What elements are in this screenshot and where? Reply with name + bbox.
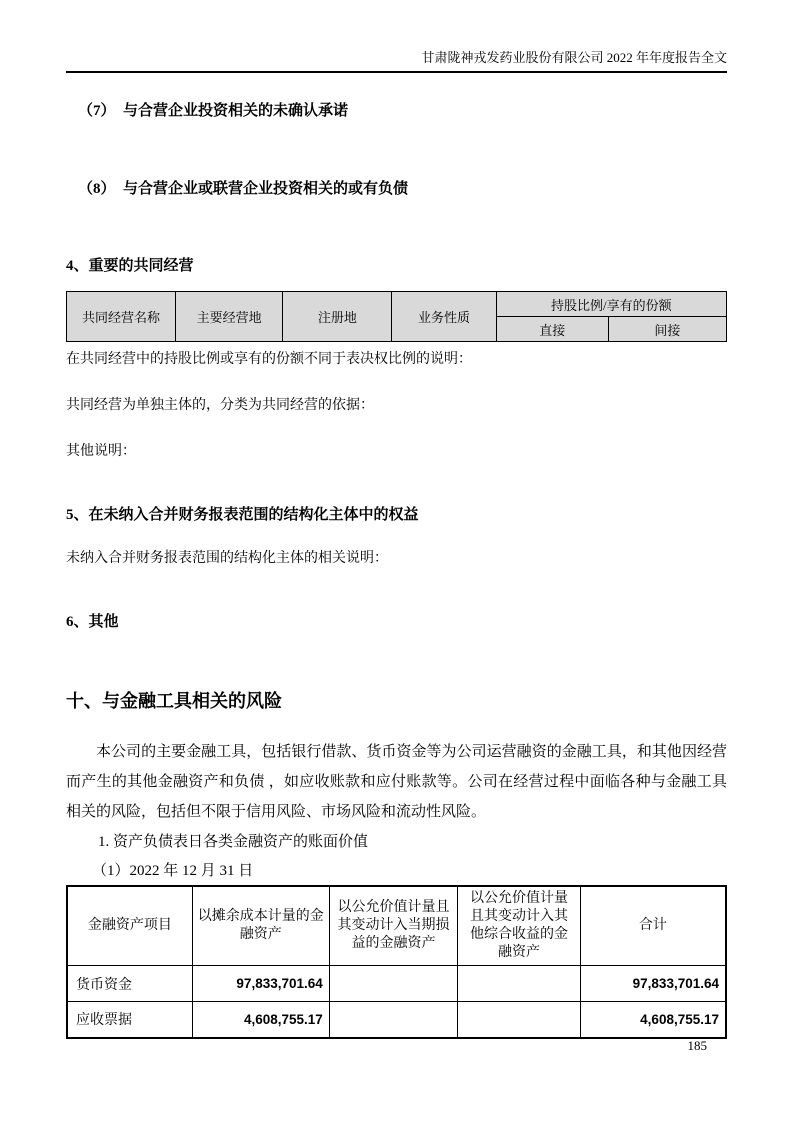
- header-title: 甘肃陇神戎发药业股份有限公司 2022 年年度报告全文: [421, 50, 727, 65]
- cell-fvtpl: [329, 966, 458, 1002]
- cell-fvoci: [458, 966, 581, 1002]
- note-voting-ratio: 在共同经营中的持股比例或享有的份额不同于表决权比例的说明：: [66, 351, 727, 369]
- cell-amortized-cost: 97,833,701.64: [192, 966, 329, 1002]
- heading-8-contingent-liabilities: （8） 与合营企业或联营企业投资相关的或有负债: [66, 179, 727, 199]
- cell-item-name: 货币资金: [67, 966, 192, 1002]
- col-direct: 直接: [496, 317, 608, 342]
- col-joint-operation-name: 共同经营名称: [67, 292, 176, 342]
- table-row-notes-receivable: 应收票据 4,608,755.17 4,608,755.17: [67, 1002, 726, 1038]
- col-business-nature: 业务性质: [392, 292, 496, 342]
- page-number: 185: [688, 1038, 708, 1054]
- note-structured-entity: 未纳入合并财务报表范围的结构化主体的相关说明：: [66, 550, 727, 568]
- cell-total: 97,833,701.64: [580, 966, 726, 1002]
- risk-paragraph: 本公司的主要金融工具，包括银行借款、货币资金等为公司运营融资的金融工具，和其他因…: [66, 737, 727, 827]
- report-page: 甘肃陇神戎发药业股份有限公司 2022 年年度报告全文 （7） 与合营企业投资相…: [0, 0, 793, 1122]
- subheading-carrying-value: 1. 资产负债表日各类金融资产的账面价值: [98, 833, 727, 851]
- col-group-shareholding: 持股比例/享有的份额: [496, 292, 726, 317]
- note-separate-entity: 共同经营为单独主体的，分类为共同经营的依据：: [66, 397, 727, 415]
- financial-assets-header-row: 金融资产项目 以摊余成本计量的金融资产 以公允价值计量且其变动计入当期损益的金融…: [67, 886, 726, 966]
- subheading-date: （1）2022 年 12 月 31 日: [92, 862, 727, 880]
- col-financial-asset-item: 金融资产项目: [67, 886, 192, 966]
- col-total: 合计: [580, 886, 726, 966]
- heading-4-important-joint-operations: 4、重要的共同经营: [66, 256, 727, 276]
- financial-assets-table: 金融资产项目 以摊余成本计量的金融资产 以公允价值计量且其变动计入当期损益的金融…: [66, 885, 727, 1039]
- document-header: 甘肃陇神戎发药业股份有限公司 2022 年年度报告全文: [66, 50, 727, 73]
- col-registration-place: 注册地: [283, 292, 392, 342]
- cell-fvoci: [458, 1002, 581, 1038]
- cell-amortized-cost: 4,608,755.17: [192, 1002, 329, 1038]
- joint-operation-table: 共同经营名称 主要经营地 注册地 业务性质 持股比例/享有的份额 直接 间接: [66, 291, 727, 342]
- col-principal-place: 主要经营地: [175, 292, 283, 342]
- col-fvoci: 以公允价值计量且其变动计入其他综合收益的金融资产: [458, 886, 581, 966]
- table-row-monetary-funds: 货币资金 97,833,701.64 97,833,701.64: [67, 966, 726, 1002]
- heading-10-financial-instrument-risks: 十、与金融工具相关的风险: [66, 689, 727, 713]
- heading-6-other: 6、其他: [66, 612, 727, 632]
- col-amortized-cost: 以摊余成本计量的金融资产: [192, 886, 329, 966]
- cell-total: 4,608,755.17: [580, 1002, 726, 1038]
- col-indirect: 间接: [608, 317, 726, 342]
- note-other: 其他说明：: [66, 443, 727, 461]
- col-fvtpl: 以公允价值计量且其变动计入当期损益的金融资产: [329, 886, 458, 966]
- heading-7-unrecognized-commitments: （7） 与合营企业投资相关的未确认承诺: [66, 101, 727, 121]
- heading-5-structured-entities: 5、在未纳入合并财务报表范围的结构化主体中的权益: [66, 505, 727, 525]
- joint-operation-header-row-1: 共同经营名称 主要经营地 注册地 业务性质 持股比例/享有的份额: [67, 292, 727, 317]
- cell-fvtpl: [329, 1002, 458, 1038]
- cell-item-name: 应收票据: [67, 1002, 192, 1038]
